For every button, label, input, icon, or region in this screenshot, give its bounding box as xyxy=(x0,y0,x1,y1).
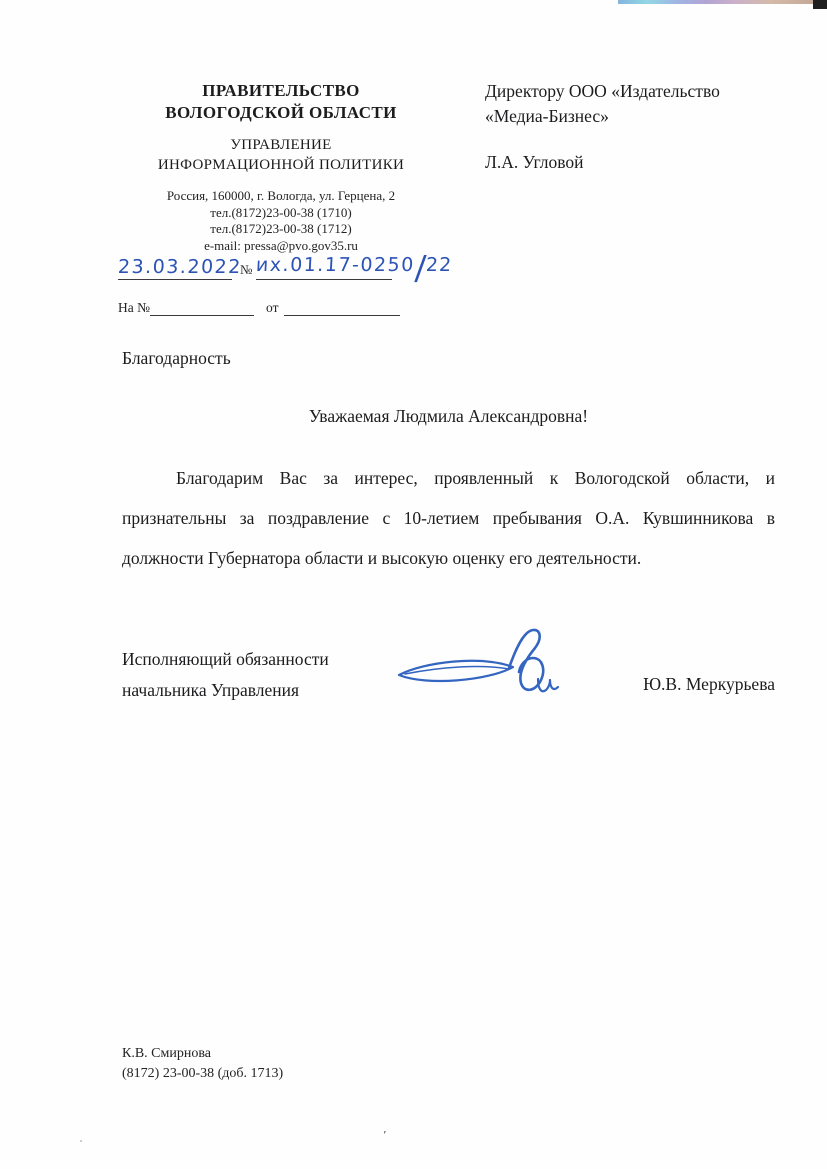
body-line: Благодарим Вас за интерес, проявленный к… xyxy=(122,458,775,498)
scan-speck: ʼ xyxy=(383,1129,386,1137)
phone-line-1: тел.(8172)23-00-38 (1710) xyxy=(100,205,462,222)
body-line: признательны за поздравление с 10-летием… xyxy=(122,498,775,538)
signer-position-line2: начальника Управления xyxy=(122,675,329,706)
letter-body: Благодарим Вас за интерес, проявленный к… xyxy=(122,458,775,578)
letterhead: ПРАВИТЕЛЬСТВО ВОЛОГОДСКОЙ ОБЛАСТИ УПРАВЛ… xyxy=(100,80,462,254)
scan-artifact-corner xyxy=(813,0,827,9)
salutation: Уважаемая Людмила Александровна! xyxy=(122,406,775,427)
department-name: УПРАВЛЕНИЕ ИНФОРМАЦИОННОЙ ПОЛИТИКИ xyxy=(100,135,462,175)
reply-date-label: от xyxy=(266,300,278,315)
handwritten-year: 22 xyxy=(426,254,453,276)
letter-subject: Благодарность xyxy=(122,348,231,369)
executor-name: К.В. Смирнова xyxy=(122,1044,283,1064)
department-line2: ИНФОРМАЦИОННОЙ ПОЛИТИКИ xyxy=(100,155,462,175)
contact-block: Россия, 160000, г. Вологда, ул. Герцена,… xyxy=(100,188,462,254)
email-line: e-mail: pressa@pvo.gov35.ru xyxy=(100,238,462,255)
date-field: 23.03.2022 xyxy=(118,256,232,280)
signer-name: Ю.В. Меркурьева xyxy=(643,674,775,695)
reply-number-label: На № xyxy=(118,300,150,315)
recipient-block: Директору ООО «Издательство «Медиа-Бизне… xyxy=(485,79,785,175)
scan-artifact-strip xyxy=(618,0,814,4)
recipient-name: Л.А. Угловой xyxy=(485,150,785,175)
outgoing-number-field: их.01.17-0250/22 xyxy=(256,254,392,280)
body-line: должности Губернатора области и высокую … xyxy=(122,538,775,578)
scanned-letter-page: ʼ ПРАВИТЕЛЬСТВО ВОЛОГОДСКОЙ ОБЛАСТИ УПРА… xyxy=(0,0,827,1169)
recipient-title-line1: Директору ООО «Издательство xyxy=(485,79,785,104)
signer-position: Исполняющий обязанности начальника Управ… xyxy=(122,644,329,706)
org-name-line2: ВОЛОГОДСКОЙ ОБЛАСТИ xyxy=(100,102,462,124)
reply-date-blank xyxy=(284,303,400,316)
handwritten-number: их.01.17-0250 xyxy=(256,254,416,276)
reply-number-blank xyxy=(150,303,254,316)
reference-line: 23.03.2022№их.01.17-0250/22 xyxy=(118,254,458,288)
signer-position-line1: Исполняющий обязанности xyxy=(122,644,329,675)
handwritten-signature xyxy=(392,622,562,712)
department-line1: УПРАВЛЕНИЕ xyxy=(100,135,462,155)
handwritten-date: 23.03.2022 xyxy=(117,256,242,278)
recipient-title-line2: «Медиа-Бизнес» xyxy=(485,104,785,129)
postal-address: Россия, 160000, г. Вологда, ул. Герцена,… xyxy=(100,188,462,205)
scan-speck xyxy=(80,1140,82,1142)
org-name-line1: ПРАВИТЕЛЬСТВО xyxy=(100,80,462,102)
reply-reference-line: На №от xyxy=(118,300,400,316)
executor-phone: (8172) 23-00-38 (доб. 1713) xyxy=(122,1064,283,1084)
phone-line-2: тел.(8172)23-00-38 (1712) xyxy=(100,221,462,238)
executor-block: К.В. Смирнова (8172) 23-00-38 (доб. 1713… xyxy=(122,1044,283,1084)
